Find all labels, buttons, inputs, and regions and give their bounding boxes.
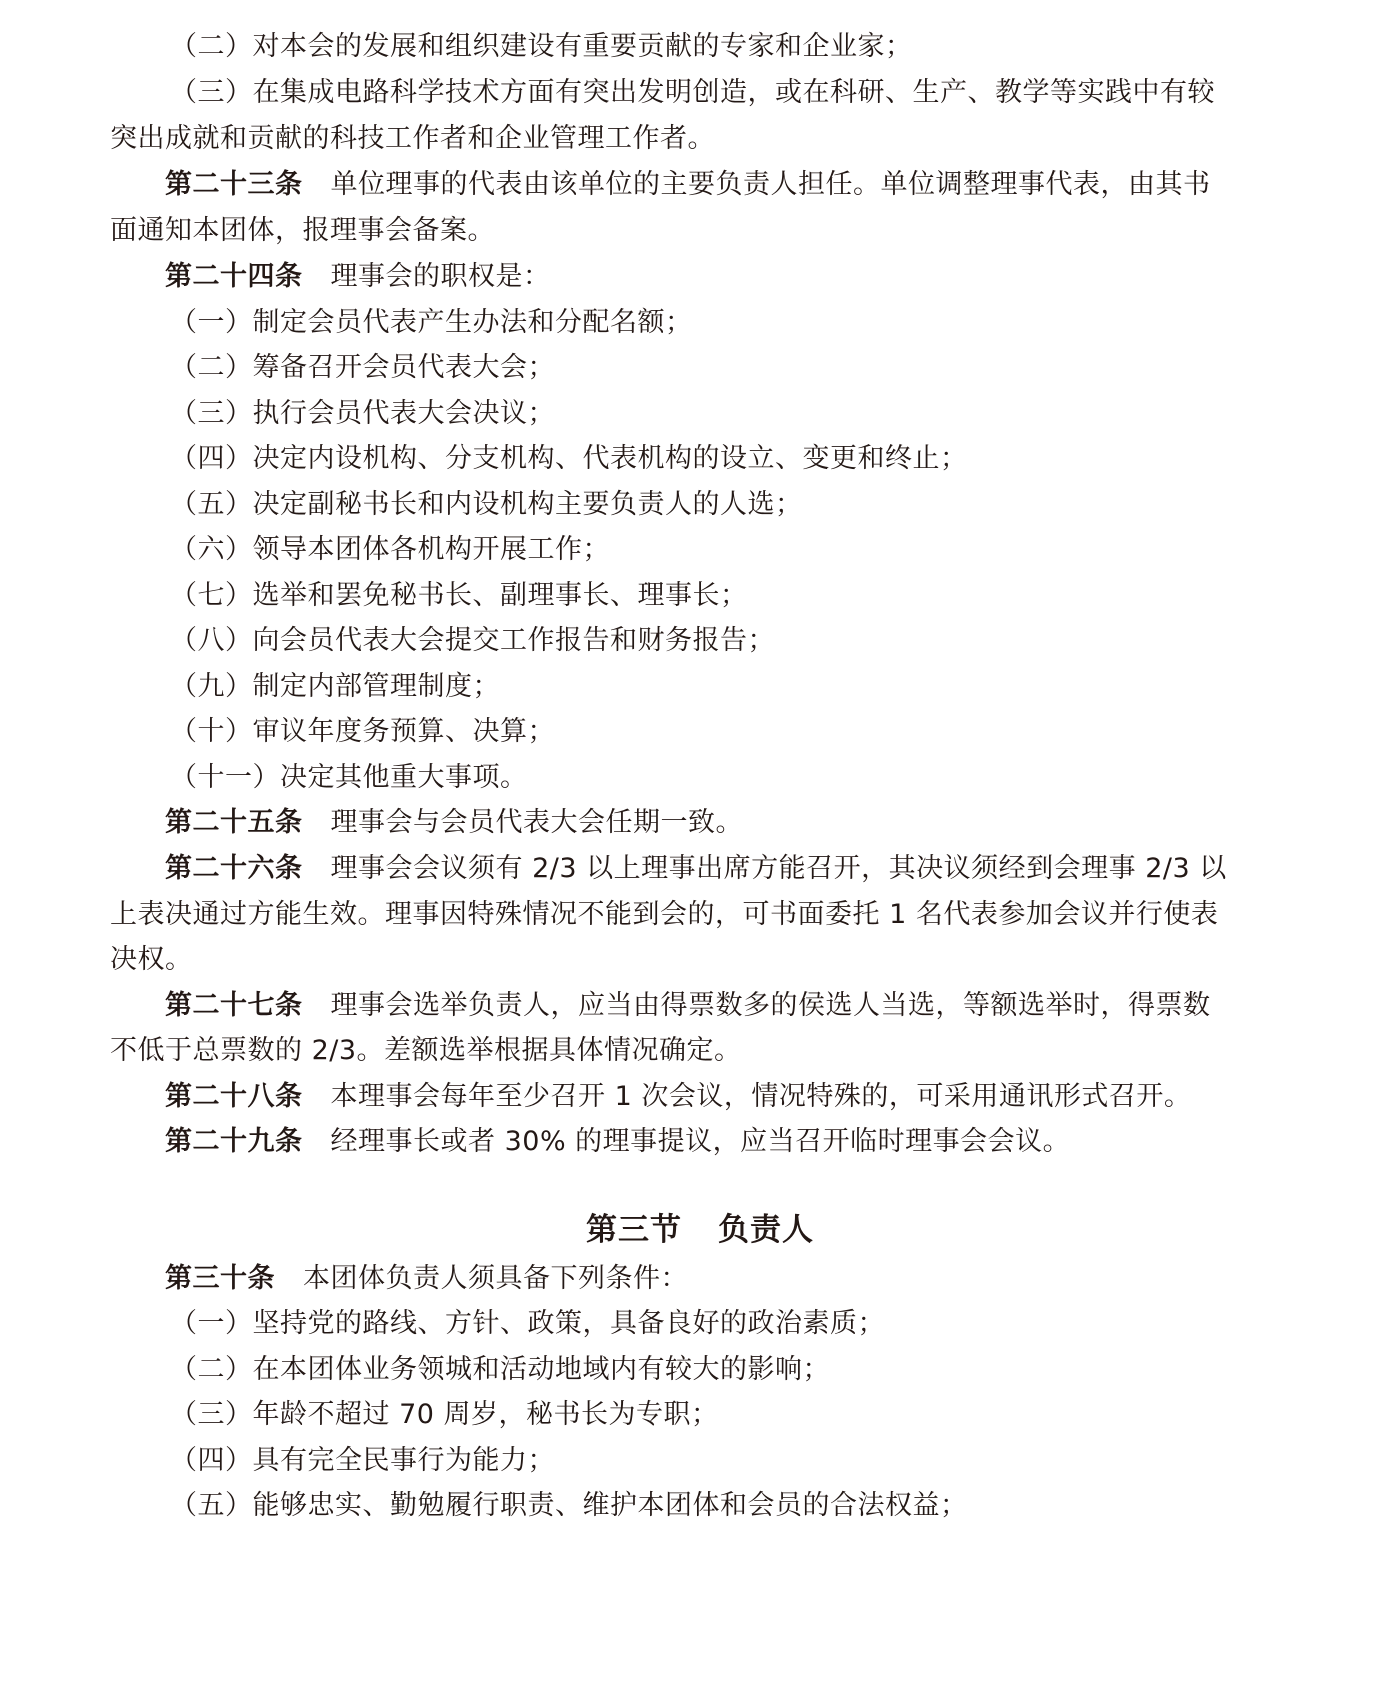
list-item: （七）选举和罢免秘书长、副理事长、理事长； [0, 579, 1400, 613]
article-26: 第二十六条理事会会议须有 2/3 以上理事出席方能召开，其决议须经到会理事 2/… [0, 852, 1185, 886]
list-item: （二）在本团体业务领城和活动地域内有较大的影响； [0, 1353, 1400, 1387]
article-text: 理事会与会员代表大会任期一致。 [331, 807, 744, 838]
article-text: 本团体负责人须具备下列条件： [303, 1263, 688, 1294]
document-page: （二）对本会的发展和组织建设有重要贡献的专家和企业家； （三）在集成电路科学技术… [0, 0, 1400, 1700]
list-item: （十一）决定其他重大事项。 [0, 761, 1400, 795]
article-23: 第二十三条单位理事的代表由该单位的主要负责人担任。单位调整理事代表，由其书 [0, 168, 1185, 202]
list-item: （六）领导本团体各机构开展工作； [0, 533, 1400, 567]
list-item: （一）坚持党的路线、方针、政策，具备良好的政治素质； [0, 1307, 1400, 1341]
article-number: 第二十五条 [165, 807, 303, 838]
list-item: （三）年龄不超过 70 周岁，秘书长为专职； [0, 1398, 1400, 1432]
article-text: 本理事会每年至少召开 1 次会议，情况特殊的，可采用通讯形式召开。 [331, 1081, 1192, 1112]
article-29: 第二十九条经理事长或者 30% 的理事提议，应当召开临时理事会会议。 [0, 1125, 1400, 1159]
list-item: （五）决定副秘书长和内设机构主要负责人的人选； [0, 488, 1400, 522]
list-item: （四）决定内设机构、分支机构、代表机构的设立、变更和终止； [0, 442, 1400, 476]
article-number: 第二十三条 [165, 169, 303, 200]
paragraph-continuation: 决权。 [0, 943, 1400, 977]
list-item: （八）向会员代表大会提交工作报告和财务报告； [0, 624, 1400, 658]
list-item: （五）能够忠实、勤勉履行职责、维护本团体和会员的合法权益； [0, 1489, 1400, 1523]
section-title: 负责人 [718, 1212, 814, 1248]
article-number: 第二十六条 [165, 853, 303, 884]
article-number: 第二十八条 [165, 1081, 303, 1112]
list-item: （四）具有完全民事行为能力； [0, 1444, 1400, 1478]
section-number: 第三节 [586, 1212, 682, 1248]
paragraph-continuation: 上表决通过方能生效。理事因特殊情况不能到会的，可书面委托 1 名代表参加会议并行… [0, 898, 1185, 932]
article-24: 第二十四条理事会的职权是： [0, 260, 1400, 294]
article-28: 第二十八条本理事会每年至少召开 1 次会议，情况特殊的，可采用通讯形式召开。 [0, 1080, 1400, 1114]
paragraph-continuation: 不低于总票数的 2/3。差额选举根据具体情况确定。 [0, 1034, 1400, 1068]
article-text: 理事会的职权是： [331, 261, 551, 292]
paragraph-continuation: 突出成就和贡献的科技工作者和企业管理工作者。 [0, 122, 1400, 156]
article-27: 第二十七条理事会选举负责人，应当由得票数多的侯选人当选，等额选举时，得票数 [0, 989, 1185, 1023]
article-text: 理事会会议须有 2/3 以上理事出席方能召开，其决议须经到会理事 2/3 以 [331, 853, 1227, 884]
article-number: 第三十条 [165, 1263, 275, 1294]
list-item: （三）在集成电路科学技术方面有突出发明创造，或在科研、生产、教学等实践中有较 [0, 76, 1185, 110]
article-25: 第二十五条理事会与会员代表大会任期一致。 [0, 806, 1400, 840]
article-30: 第三十条本团体负责人须具备下列条件： [0, 1262, 1400, 1296]
article-text: 经理事长或者 30% 的理事提议，应当召开临时理事会会议。 [331, 1126, 1071, 1157]
article-text: 理事会选举负责人，应当由得票数多的侯选人当选，等额选举时，得票数 [331, 990, 1211, 1021]
list-item: （二）对本会的发展和组织建设有重要贡献的专家和企业家； [0, 30, 1400, 64]
list-item: （十）审议年度务预算、决算； [0, 715, 1400, 749]
article-text: 单位理事的代表由该单位的主要负责人担任。单位调整理事代表，由其书 [331, 169, 1211, 200]
list-item: （九）制定内部管理制度； [0, 670, 1400, 704]
article-number: 第二十四条 [165, 261, 303, 292]
section-heading: 第三节负责人 [0, 1210, 1400, 1250]
paragraph-continuation: 面通知本团体，报理事会备案。 [0, 214, 1400, 248]
article-number: 第二十九条 [165, 1126, 303, 1157]
list-item: （三）执行会员代表大会决议； [0, 397, 1400, 431]
list-item: （二）筹备召开会员代表大会； [0, 351, 1400, 385]
article-number: 第二十七条 [165, 990, 303, 1021]
list-item: （一）制定会员代表产生办法和分配名额； [0, 306, 1400, 340]
